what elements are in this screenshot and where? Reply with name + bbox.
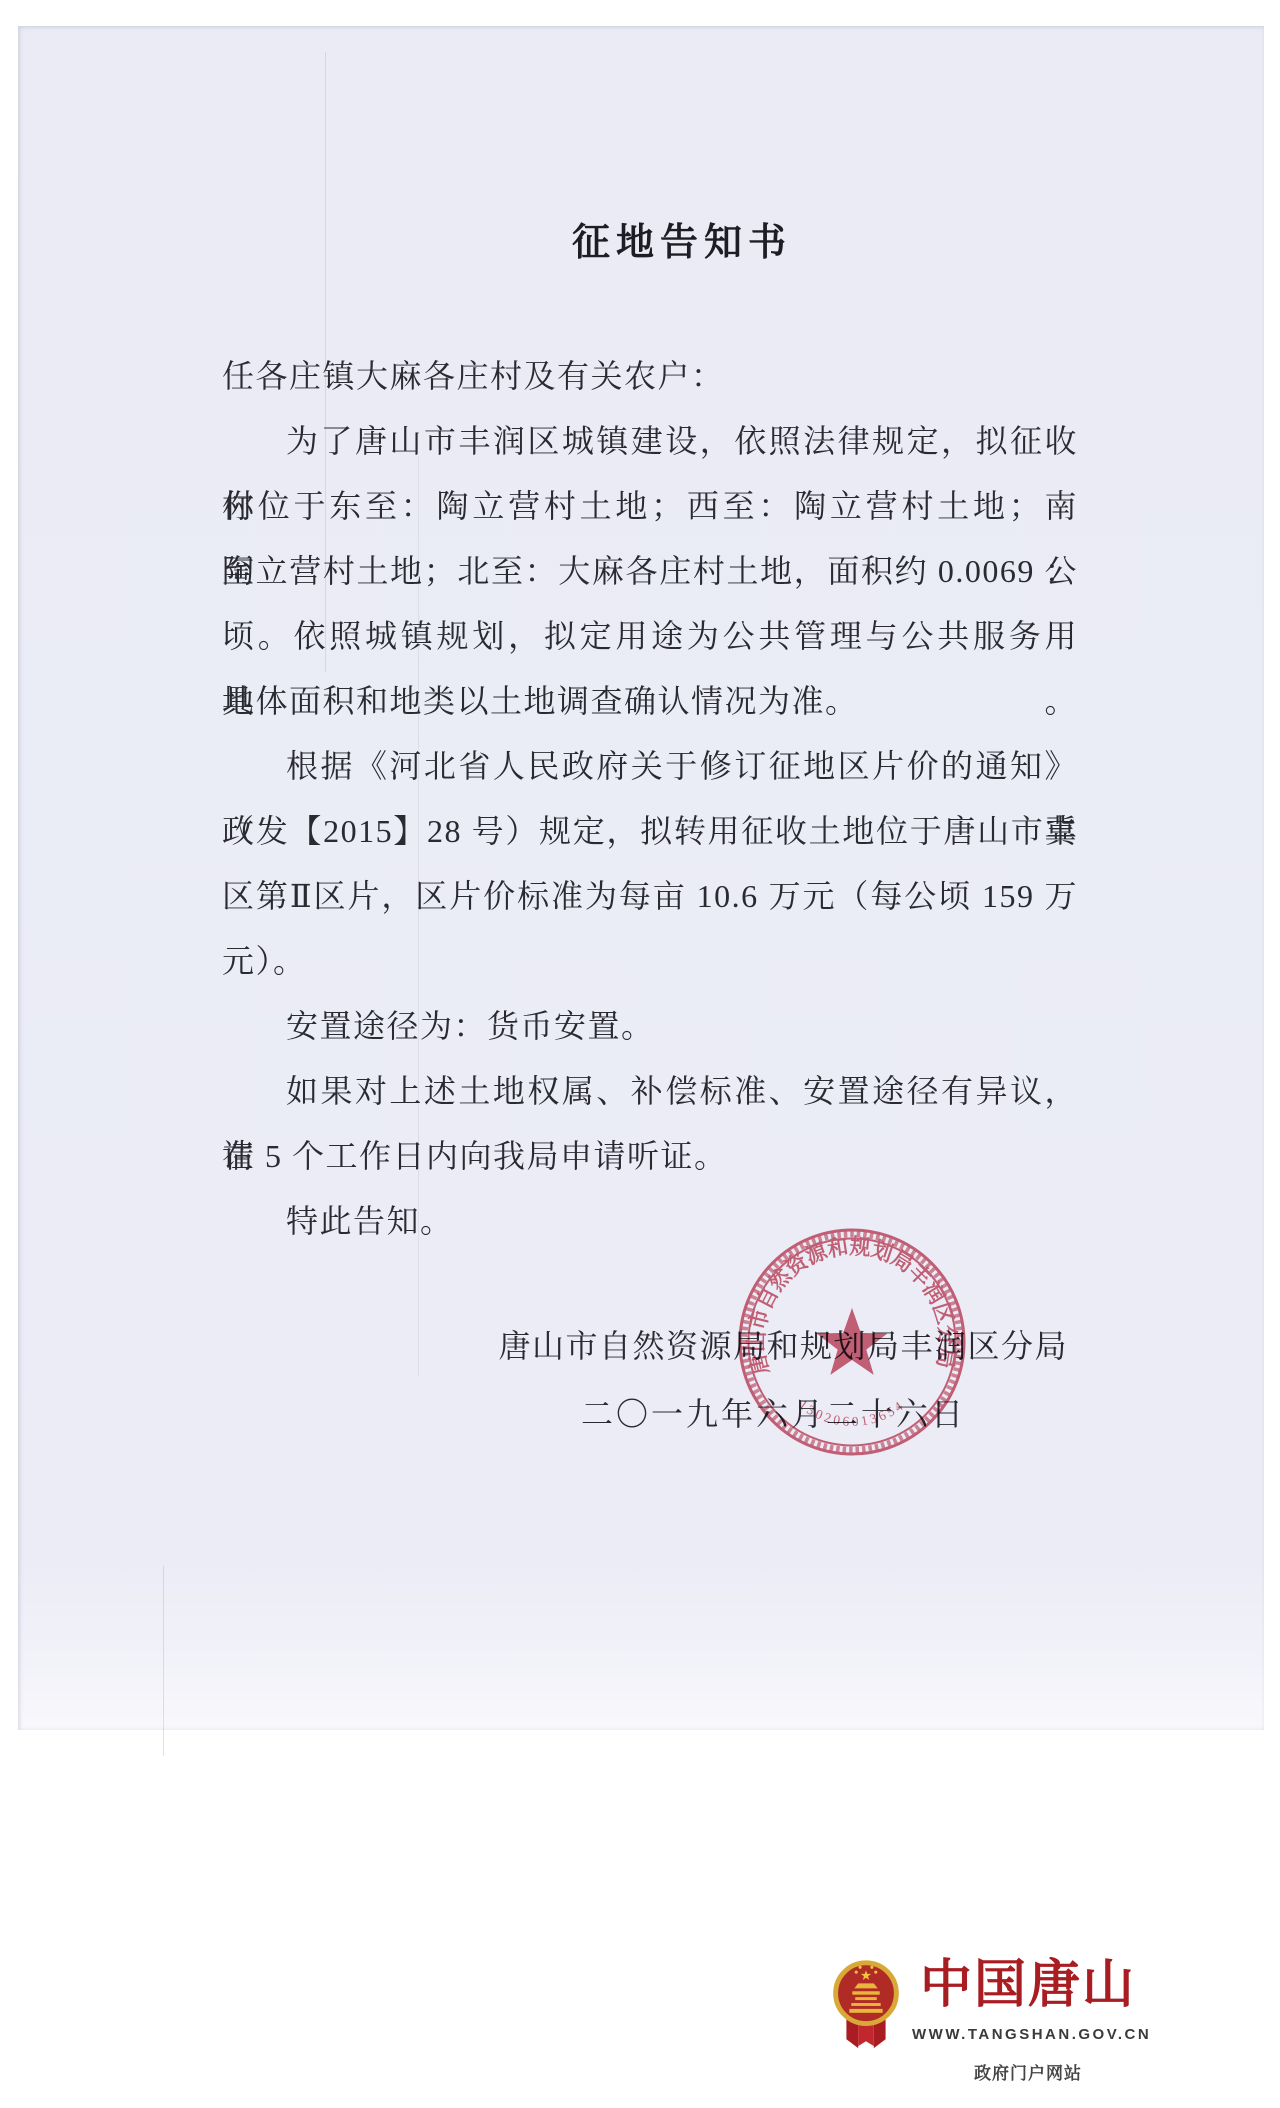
site-brand: 中国唐山 bbox=[912, 1954, 1144, 2018]
site-url: WWW.TANGSHAN.GOV.CN bbox=[912, 2026, 1144, 2043]
body-line: 为了唐山市丰润区城镇建设，依照法律规定，拟征收你 bbox=[222, 409, 1078, 474]
seal-code: 130206013654 bbox=[796, 1397, 908, 1429]
body-line: 如果对上述土地权属、补偿标准、安置途径有异议，请 bbox=[222, 1059, 1078, 1124]
body-line: 安置途径为：货币安置。 bbox=[222, 994, 1078, 1059]
body-line: 顷。依照城镇规划，拟定用途为公共管理与公共服务用地。 bbox=[222, 604, 1078, 669]
body-line: 政发【2015】28 号）规定，拟转用征收土地位于唐山市丰 bbox=[222, 799, 1078, 864]
national-emblem-icon bbox=[830, 1956, 902, 2052]
seal-code-holder: 130206013654 bbox=[796, 1397, 908, 1429]
body-line: 根据《河北省人民政府关于修订征地区片价的通知》（冀 bbox=[222, 734, 1078, 799]
official-seal-stamp: 唐山市自然资源和规划局丰润区分局 130206013654 bbox=[734, 1224, 970, 1460]
body-line: 村位于东至：陶立营村土地；西至：陶立营村土地；南至： bbox=[222, 474, 1078, 539]
site-brand-block: 中国唐山 WWW.TANGSHAN.GOV.CN 政府门户网站 bbox=[912, 1954, 1144, 2084]
site-footer-logo: 中国唐山 WWW.TANGSHAN.GOV.CN 政府门户网站 bbox=[830, 1954, 1160, 2094]
site-tagline: 政府门户网站 bbox=[912, 2059, 1144, 2084]
paper-crease bbox=[163, 1566, 164, 1756]
document-body: 任各庄镇大麻各庄村及有关农户： 为了唐山市丰润区城镇建设，依照法律规定，拟征收你… bbox=[222, 344, 1078, 1254]
scanned-notice-page: { "document": { "title": "征地告知书", "lines… bbox=[0, 0, 1280, 2108]
body-line: 区第Ⅱ区片，区片价标准为每亩 10.6 万元（每公顷 159 万 bbox=[222, 864, 1078, 929]
body-line: 元）。 bbox=[222, 929, 1078, 994]
salutation-line: 任各庄镇大麻各庄村及有关农户： bbox=[222, 344, 1078, 409]
body-line: 在 5 个工作日内向我局申请听证。 bbox=[222, 1124, 1078, 1189]
document-title: 征地告知书 bbox=[222, 219, 1078, 267]
body-line: 陶立营村土地；北至：大麻各庄村土地，面积约 0.0069 公 bbox=[222, 539, 1078, 604]
star-icon bbox=[817, 1308, 887, 1375]
